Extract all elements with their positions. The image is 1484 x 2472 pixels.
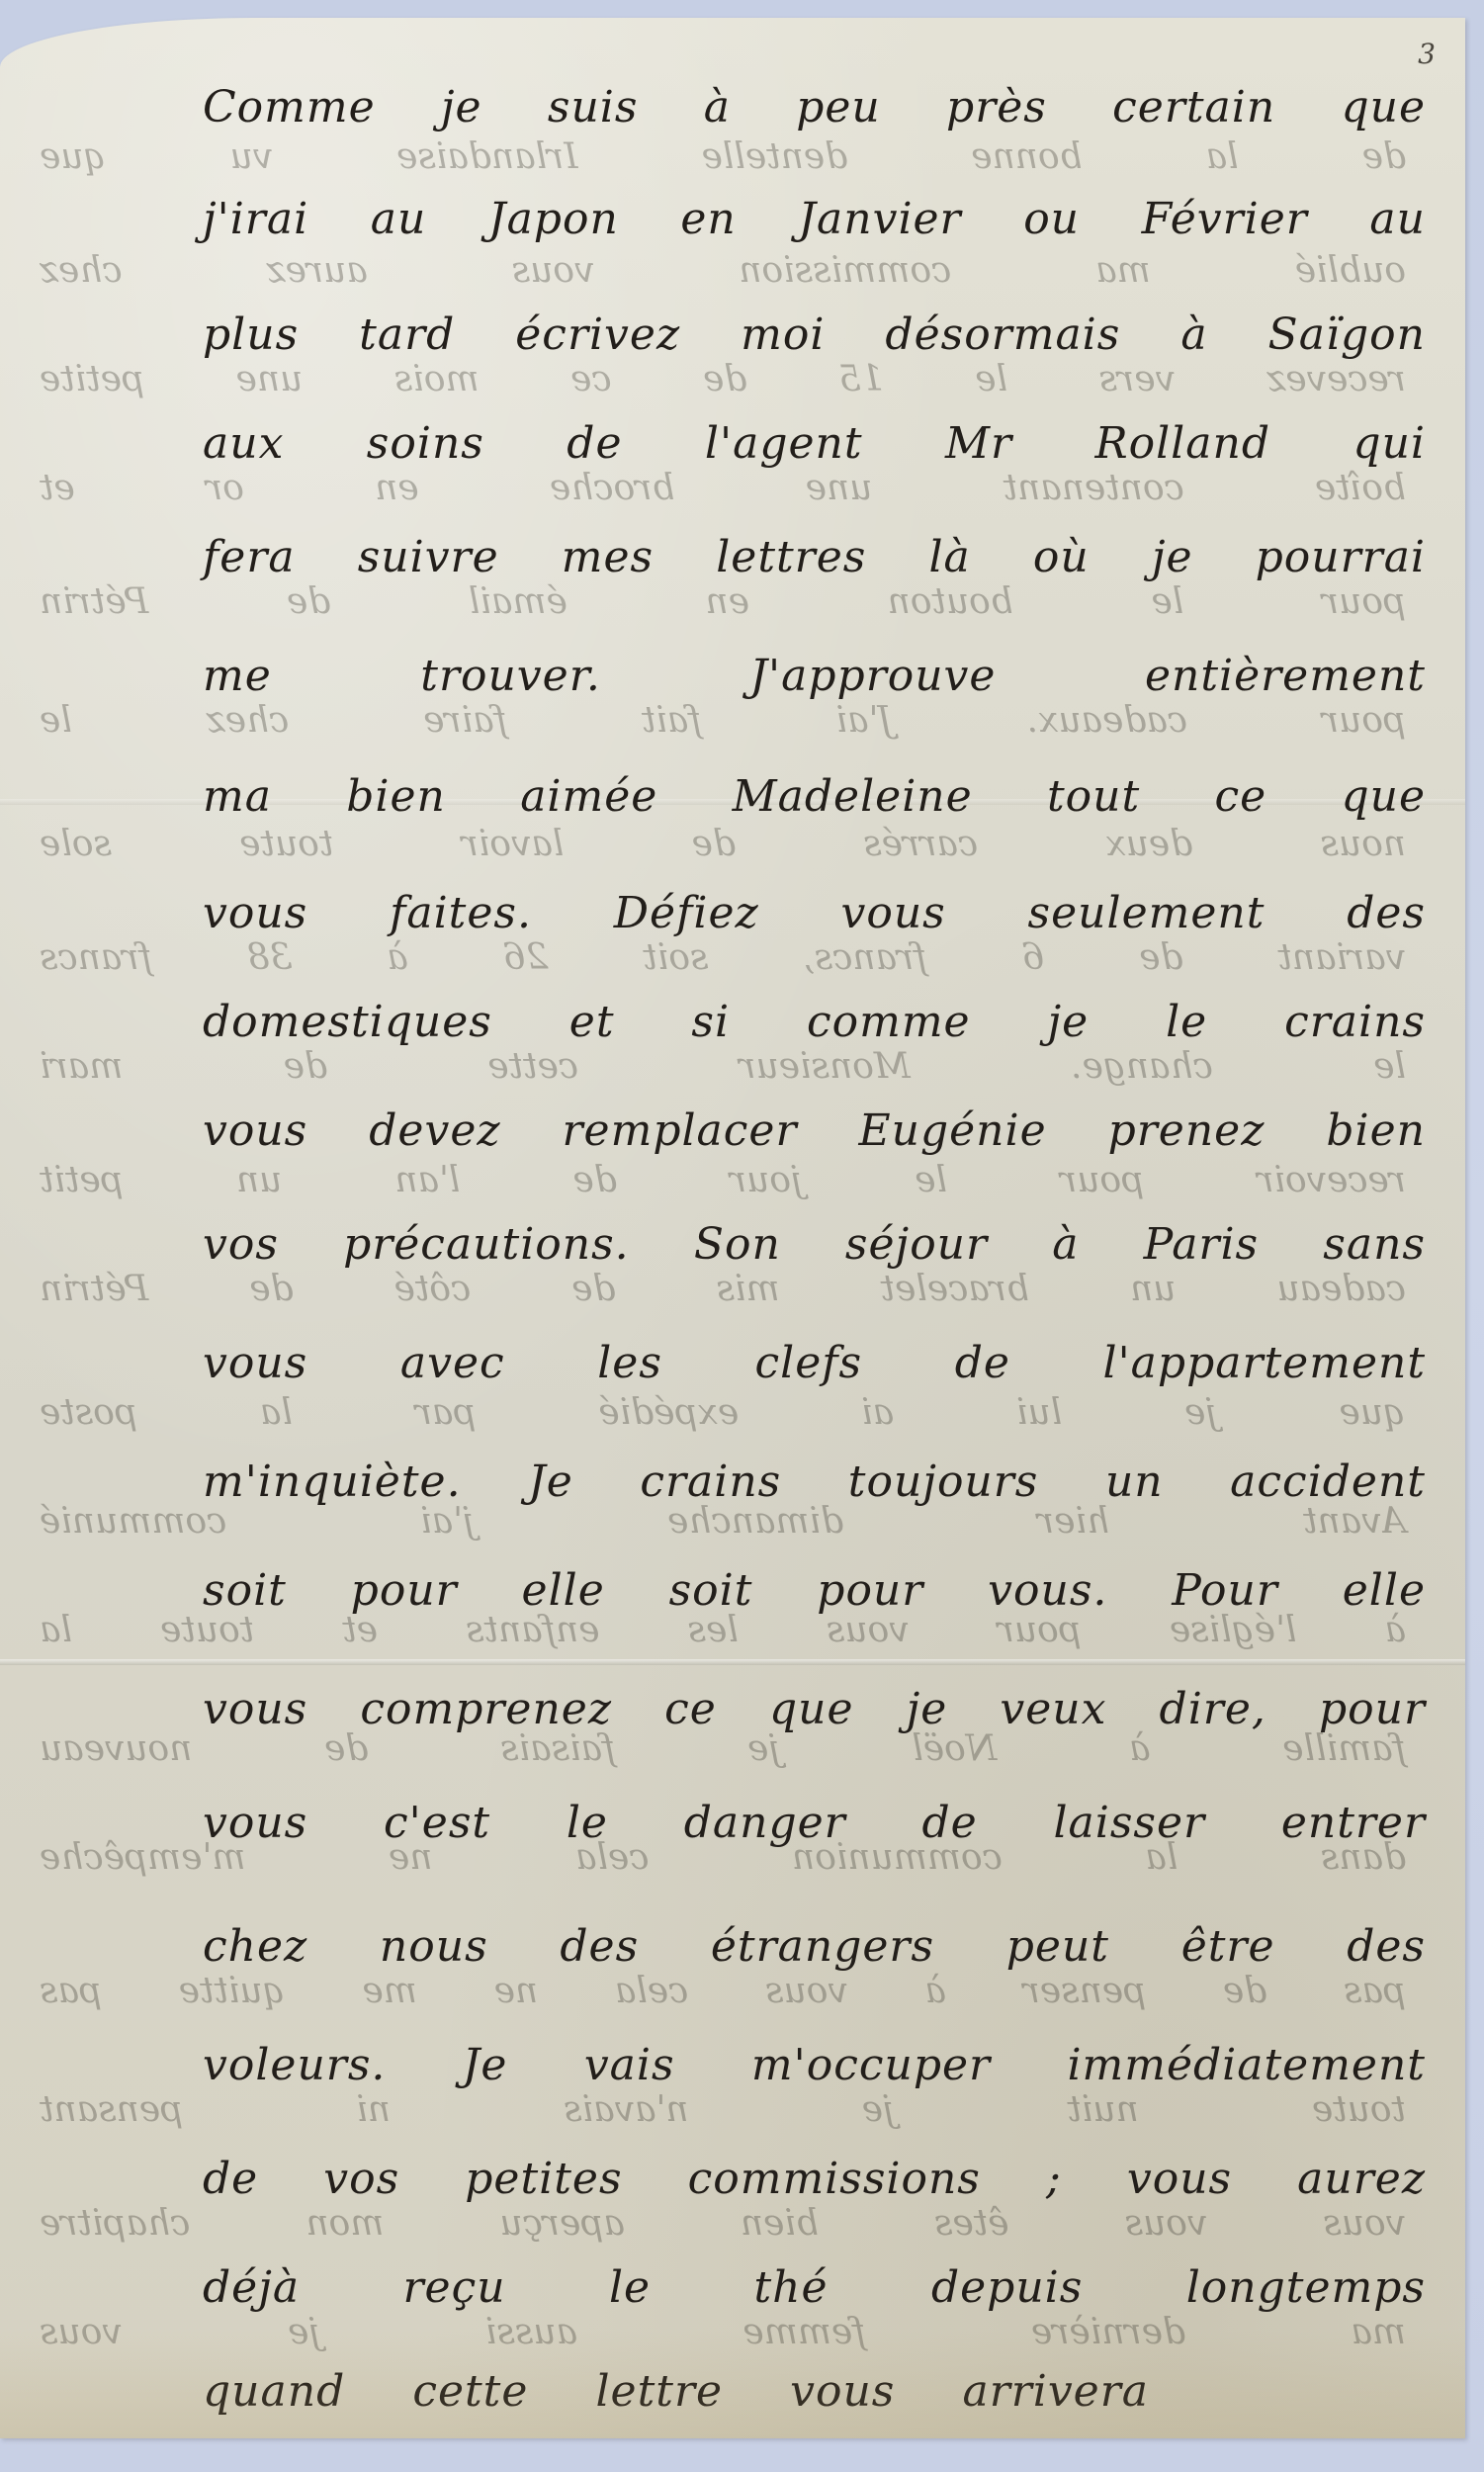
letter-line: vous c'est le danger de laisser entrer (203, 1798, 1426, 1857)
letter-line: me trouver. J'approuve entièrement (203, 651, 1426, 710)
letter-line: voleurs. Je vais m'occuper immédiatement (203, 2040, 1426, 2099)
letter-line: j'irai au Japon en Janvier ou Février au (203, 194, 1426, 253)
letter-line: de vos petites commissions ; vous aurez (203, 2154, 1426, 2213)
letter-line: aux soins de l'agent Mr Rolland qui (203, 418, 1426, 478)
letter-line: m'inquiète. Je crains toujours un accide… (203, 1457, 1426, 1516)
letter-page: 3 de la bonne dentelle Irlandaise vu que… (0, 18, 1465, 2438)
letter-line: vous faites. Défiez vous seulement des (203, 888, 1426, 947)
letter-line: soit pour elle soit pour vous. Pour elle (203, 1565, 1426, 1625)
letter-line: Comme je suis à peu près certain que (203, 82, 1426, 141)
letter-line: vous avec les clefs de l'appartement (203, 1338, 1426, 1397)
letter-line: vos précautions. Son séjour à Paris sans (203, 1219, 1426, 1279)
letter-line: chez nous des étrangers peut être des (203, 1921, 1426, 1981)
letter-line: déjà reçu le thé depuis longtemps (203, 2262, 1426, 2322)
letter-line: plus tard écrivez moi désormais à Saïgon (203, 309, 1426, 369)
letter-line: vous devez remplacer Eugénie prenez bien (203, 1105, 1426, 1165)
letter-line: vous comprenez ce que je veux dire, pour (203, 1684, 1426, 1743)
letter-line: ma bien aimée Madeleine tout ce que (203, 771, 1426, 831)
letter-line: quand cette lettre vous arrivera (203, 2366, 1149, 2426)
letter-body: Comme je suis à peu près certain que j'i… (0, 18, 1465, 2438)
letter-line: fera suivre mes lettres là où je pourrai (203, 532, 1426, 591)
letter-line: domestiques et si comme je le crains (203, 997, 1426, 1056)
